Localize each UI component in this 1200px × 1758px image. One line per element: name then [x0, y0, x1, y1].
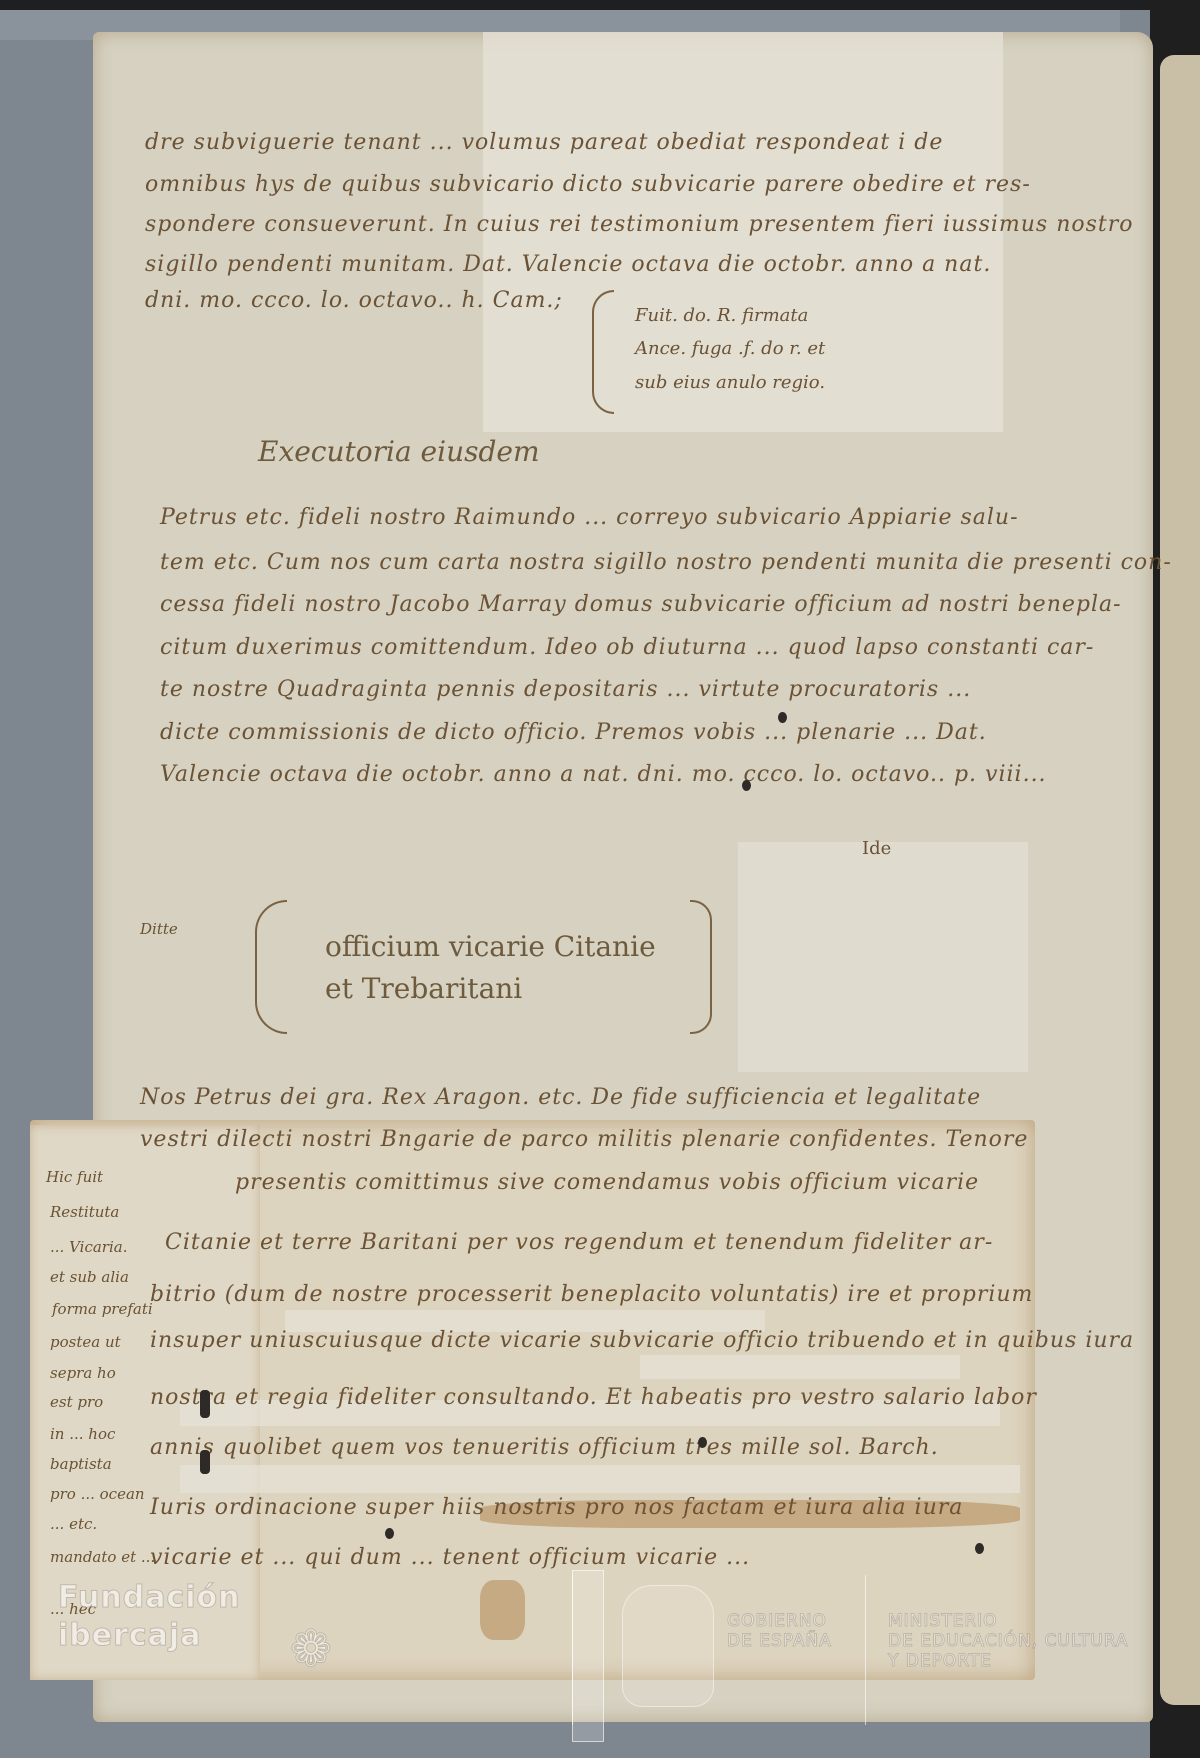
margin-mark: Ditte — [140, 920, 178, 938]
margin-note: ... etc. — [50, 1515, 97, 1533]
text-line: sigillo pendenti munitam. Dat. Valencie … — [145, 252, 991, 277]
text-line: bitrio (dum de nostre processerit benepl… — [150, 1282, 1033, 1307]
text-line: Iuris ordinacione super hiis nostris pro… — [150, 1495, 963, 1520]
end-mark: Ide — [862, 838, 891, 859]
margin-note: est pro — [50, 1393, 103, 1411]
ministerio-watermark: MINISTERIO — [888, 1612, 998, 1631]
text-line: vicarie et ... qui dum ... tenent offici… — [150, 1545, 750, 1570]
text-line: dre subviguerie tenant ... volumus parea… — [145, 130, 943, 155]
gobierno-watermark: DE ESPAÑA — [727, 1632, 832, 1651]
text-line: te nostre Quadraginta pennis depositaris… — [160, 677, 971, 702]
text-line: Nos Petrus dei gra. Rex Aragon. etc. De … — [140, 1085, 981, 1110]
fundacion-ibercaja-watermark: Fundación — [58, 1580, 240, 1615]
coat-of-arms-icon — [622, 1585, 714, 1707]
margin-note: forma prefati — [52, 1300, 153, 1318]
note-line: Fuit. do. R. firmata — [635, 305, 808, 326]
watermark-divider — [865, 1575, 866, 1725]
fundacion-ibercaja-watermark: ibercaja — [58, 1618, 201, 1653]
section-heading: Executoria eiusdem — [258, 435, 540, 468]
text-line: citum duxerimus comittendum. Ideo ob diu… — [160, 635, 1094, 660]
ibercaja-logo-icon: ❁ — [290, 1620, 332, 1678]
margin-note: mandato et ... — [50, 1548, 155, 1566]
note-line: sub eius anulo regio. — [635, 372, 825, 393]
ink-stain — [480, 1580, 525, 1640]
section-heading-line-1: officium vicarie Citanie — [325, 930, 656, 963]
ministerio-watermark: DE EDUCACIÓN, CULTURA — [888, 1632, 1129, 1651]
spain-flag-icon — [572, 1570, 604, 1742]
worm-hole — [778, 712, 787, 723]
note-bracket — [592, 290, 614, 414]
text-line: omnibus hys de quibus subvicario dicto s… — [145, 172, 1031, 197]
text-line: spondere consueverunt. In cuius rei test… — [145, 212, 1134, 237]
repair-tape — [180, 1465, 1020, 1493]
repair-tape — [640, 1355, 960, 1379]
text-line: cessa fideli nostro Jacobo Marray domus … — [160, 592, 1122, 617]
text-line: tem etc. Cum nos cum carta nostra sigill… — [160, 550, 1172, 575]
text-line: annis quolibet quem vos tenueritis offic… — [150, 1435, 939, 1460]
margin-note: baptista — [50, 1455, 112, 1473]
worm-hole — [698, 1437, 707, 1448]
section-heading-line-2: et Trebaritani — [325, 972, 522, 1005]
margin-note: et sub alia — [50, 1268, 129, 1286]
heading-frame — [255, 900, 287, 1034]
worm-hole — [975, 1543, 984, 1554]
margin-note: sepra ho — [50, 1364, 116, 1382]
margin-note: pro ... ocean — [50, 1485, 145, 1503]
gobierno-watermark: GOBIERNO — [727, 1612, 827, 1631]
note-line: Ance. fuga .f. do r. et — [635, 338, 825, 359]
text-line: vestri dilecti nostri Bngarie de parco m… — [140, 1127, 1028, 1152]
text-line: Citanie et terre Baritani per vos regend… — [165, 1230, 993, 1255]
scanner-top-edge — [0, 0, 1200, 10]
text-line: Petrus etc. fideli nostro Raimundo ... c… — [160, 505, 1019, 530]
text-line: presentis comittimus sive comendamus vob… — [235, 1170, 979, 1195]
blank-paper-patch — [738, 842, 1028, 1072]
text-line: dicte commissionis de dicto officio. Pre… — [160, 720, 987, 745]
margin-note: postea ut — [50, 1333, 121, 1351]
worm-hole — [200, 1390, 210, 1418]
worm-hole — [385, 1528, 394, 1539]
ministerio-watermark: Y DEPORTE — [888, 1652, 992, 1671]
margin-note: Restituta — [50, 1203, 119, 1221]
text-line: dni. mo. ccco. lo. octavo.. h. Cam.; — [145, 288, 563, 313]
heading-frame-right — [690, 900, 712, 1034]
worm-hole — [742, 780, 751, 791]
margin-note: Hic fuit — [46, 1168, 103, 1186]
text-line: nostra et regia fideliter consultando. E… — [150, 1385, 1037, 1410]
text-line: Valencie octava die octobr. anno a nat. … — [160, 762, 1047, 787]
margin-note: ... Vicaria. — [50, 1238, 127, 1256]
adjacent-page-edge — [1160, 55, 1200, 1705]
margin-note: in ... hoc — [50, 1425, 115, 1443]
text-line: insuper uniuscuiusque dicte vicarie subv… — [150, 1328, 1134, 1353]
worm-hole — [200, 1450, 210, 1474]
